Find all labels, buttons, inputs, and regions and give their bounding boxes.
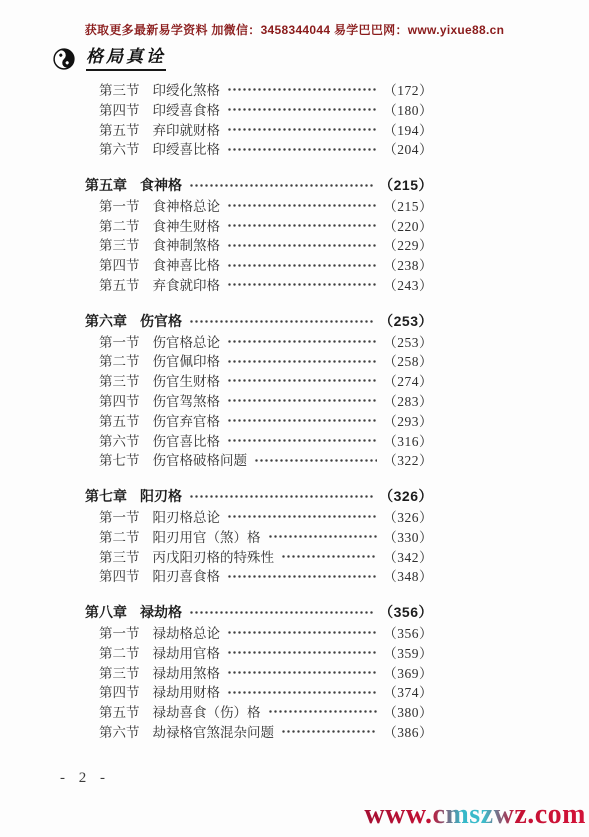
entry-page-number: （229） xyxy=(383,234,433,254)
toc-entry: 第三节 食神制煞格 （229） xyxy=(85,235,433,255)
toc-entry: 第五节 伤官弃官格 （293） xyxy=(85,410,433,430)
dot-leader xyxy=(227,642,377,662)
entry-title: 禄劫喜食（伤）格 xyxy=(153,701,261,721)
toc-entry: 第四节 伤官驾煞格 （283） xyxy=(85,390,433,410)
toc-entry: 第三节 丙戊阳刃格的特殊性 （342） xyxy=(85,546,433,566)
entry-title: 食神生财格 xyxy=(153,215,221,235)
entry-title: 禄劫用煞格 xyxy=(153,662,221,682)
entry-number: 第六章 xyxy=(85,311,127,331)
entry-page-number: （342） xyxy=(383,546,433,566)
entry-page-number: （330） xyxy=(383,526,433,546)
entry-page-number: （180） xyxy=(383,99,433,119)
toc-entry: 第四节 食神喜比格 （238） xyxy=(85,254,433,274)
entry-number: 第四节 xyxy=(99,254,140,274)
yin-yang-icon xyxy=(49,44,80,75)
dot-leader xyxy=(227,506,377,526)
entry-number: 第八章 xyxy=(85,602,127,622)
dot-leader xyxy=(189,486,373,506)
dot-leader xyxy=(189,311,373,331)
entry-title: 弃食就印格 xyxy=(153,274,221,294)
entry-number: 第二节 xyxy=(99,526,140,546)
entry-page-number: （253） xyxy=(383,331,433,351)
entry-number: 第二节 xyxy=(99,215,140,235)
entry-title: 劫禄格官煞混杂问题 xyxy=(153,721,275,741)
entry-title: 伤官驾煞格 xyxy=(153,390,221,410)
watermark-url: www.cmszwz.com xyxy=(364,799,586,831)
scanned-book-page: 获取更多最新易学资料 加微信：3458344044 易学巴巴网：www.yixu… xyxy=(0,0,589,837)
toc-entry: 第五节 弃印就财格 （194） xyxy=(85,119,433,139)
entry-title: 禄劫格 xyxy=(140,602,182,622)
entry-title: 印绶化煞格 xyxy=(153,79,221,99)
entry-page-number: （220） xyxy=(383,215,433,235)
entry-title: 阳刃用官（煞）格 xyxy=(153,526,261,546)
entry-title: 禄劫格总论 xyxy=(153,622,221,642)
entry-number: 第一节 xyxy=(99,195,140,215)
entry-page-number: （359） xyxy=(383,642,433,662)
promo-banner-text: 获取更多最新易学资料 加微信：3458344044 易学巴巴网：www.yixu… xyxy=(0,21,589,38)
toc-entry: 第一节 食神格总论 （215） xyxy=(85,195,433,215)
entry-number: 第五节 xyxy=(99,274,140,294)
entry-number: 第五节 xyxy=(99,119,140,139)
entry-title: 伤官格 xyxy=(140,311,182,331)
toc-entry: 第一节 禄劫格总论 （356） xyxy=(85,622,433,642)
entry-title: 伤官生财格 xyxy=(153,370,221,390)
entry-number: 第三节 xyxy=(99,79,140,99)
entry-title: 伤官弃官格 xyxy=(153,410,221,430)
entry-number: 第六节 xyxy=(99,138,140,158)
entry-title: 丙戊阳刃格的特殊性 xyxy=(153,546,275,566)
entry-page-number: （374） xyxy=(383,681,433,701)
toc-list: 第三节 印绶化煞格 （172） 第四节 印绶喜食格 （180） 第五节 弃印就财… xyxy=(85,79,433,741)
toc-entry: 第二节 伤官佩印格 （258） xyxy=(85,351,433,371)
entry-page-number: （348） xyxy=(383,565,433,585)
entry-page-number: （243） xyxy=(383,274,433,294)
entry-number: 第一节 xyxy=(99,622,140,642)
dot-leader xyxy=(227,119,377,139)
toc-entry: 第一节 阳刃格总论 （326） xyxy=(85,506,433,526)
entry-page-number: （194） xyxy=(383,119,433,139)
entry-page-number: （293） xyxy=(383,410,433,430)
entry-number: 第七章 xyxy=(85,486,127,506)
entry-page-number: （356） xyxy=(379,602,433,622)
entry-number: 第三节 xyxy=(99,546,140,566)
dot-leader xyxy=(227,274,377,294)
toc-entry: 第五章 食神格 （215） xyxy=(85,175,433,195)
entry-title: 食神制煞格 xyxy=(153,234,221,254)
toc-entry: 第六节 劫禄格官煞混杂问题 （386） xyxy=(85,721,433,741)
dot-leader xyxy=(268,701,378,721)
toc-entry: 第二节 阳刃用官（煞）格 （330） xyxy=(85,526,433,546)
dot-leader xyxy=(227,662,377,682)
entry-number: 第四节 xyxy=(99,99,140,119)
entry-page-number: （386） xyxy=(383,721,433,741)
entry-title: 食神格总论 xyxy=(153,195,221,215)
entry-page-number: （274） xyxy=(383,370,433,390)
dot-leader xyxy=(227,195,377,215)
book-title: 格局真诠 xyxy=(86,47,166,71)
entry-number: 第五章 xyxy=(85,175,127,195)
entry-page-number: （326） xyxy=(379,486,433,506)
dot-leader xyxy=(189,602,373,622)
dot-leader xyxy=(281,721,377,741)
entry-number: 第七节 xyxy=(99,449,140,469)
entry-page-number: （369） xyxy=(383,662,433,682)
entry-page-number: （258） xyxy=(383,350,433,370)
dot-leader xyxy=(281,546,377,566)
entry-number: 第四节 xyxy=(99,681,140,701)
toc-entry: 第七章 阳刃格 （326） xyxy=(85,486,433,506)
toc-entry: 第二节 禄劫用官格 （359） xyxy=(85,642,433,662)
entry-title: 印绶喜比格 xyxy=(153,138,221,158)
entry-title: 食神喜比格 xyxy=(153,254,221,274)
dot-leader xyxy=(227,390,377,410)
entry-title: 伤官格破格问题 xyxy=(153,449,248,469)
toc-entry: 第五节 弃食就印格 （243） xyxy=(85,274,433,294)
entry-title: 阳刃格 xyxy=(140,486,182,506)
dot-leader xyxy=(227,622,377,642)
entry-title: 印绶喜食格 xyxy=(153,99,221,119)
dot-leader xyxy=(268,526,378,546)
toc-entry: 第八章 禄劫格 （356） xyxy=(85,602,433,622)
dot-leader xyxy=(227,215,377,235)
entry-title: 禄劫用财格 xyxy=(153,681,221,701)
entry-title: 伤官喜比格 xyxy=(153,430,221,450)
entry-page-number: （322） xyxy=(383,449,433,469)
dot-leader xyxy=(227,430,377,450)
dot-leader xyxy=(227,138,377,158)
entry-page-number: （326） xyxy=(383,506,433,526)
entry-number: 第四节 xyxy=(99,390,140,410)
entry-page-number: （172） xyxy=(383,79,433,99)
entry-title: 弃印就财格 xyxy=(153,119,221,139)
entry-number: 第三节 xyxy=(99,662,140,682)
entry-number: 第五节 xyxy=(99,701,140,721)
toc-entry: 第一节 伤官格总论 （253） xyxy=(85,331,433,351)
dot-leader xyxy=(227,682,377,702)
entry-title: 食神格 xyxy=(140,175,182,195)
entry-title: 阳刃格总论 xyxy=(153,506,221,526)
dot-leader xyxy=(227,331,377,351)
toc-entry: 第三节 伤官生财格 （274） xyxy=(85,370,433,390)
entry-page-number: （283） xyxy=(383,390,433,410)
dot-leader xyxy=(227,370,377,390)
toc-entry: 第五节 禄劫喜食（伤）格 （380） xyxy=(85,701,433,721)
toc-entry: 第二节 食神生财格 （220） xyxy=(85,215,433,235)
entry-page-number: （238） xyxy=(383,254,433,274)
entry-page-number: （380） xyxy=(383,701,433,721)
toc-entry: 第四节 禄劫用财格 （374） xyxy=(85,682,433,702)
toc-entry: 第三节 禄劫用煞格 （369） xyxy=(85,662,433,682)
entry-title: 伤官格总论 xyxy=(153,331,221,351)
toc-entry: 第六章 伤官格 （253） xyxy=(85,311,433,331)
page-header: 格局真诠 xyxy=(53,47,166,71)
entry-number: 第三节 xyxy=(99,234,140,254)
toc-entry: 第六节 印绶喜比格 （204） xyxy=(85,138,433,158)
dot-leader xyxy=(227,566,377,586)
dot-leader xyxy=(227,410,377,430)
toc-entry: 第四节 阳刃喜食格 （348） xyxy=(85,566,433,586)
entry-title: 禄劫用官格 xyxy=(153,642,221,662)
toc-entry: 第六节 伤官喜比格 （316） xyxy=(85,430,433,450)
toc-entry: 第三节 印绶化煞格 （172） xyxy=(85,79,433,99)
dot-leader xyxy=(227,79,377,99)
dot-leader xyxy=(227,99,377,119)
entry-number: 第一节 xyxy=(99,506,140,526)
entry-number: 第五节 xyxy=(99,410,140,430)
entry-number: 第六节 xyxy=(99,721,140,741)
entry-number: 第六节 xyxy=(99,430,140,450)
dot-leader xyxy=(189,175,373,195)
entry-number: 第一节 xyxy=(99,331,140,351)
entry-title: 伤官佩印格 xyxy=(153,350,221,370)
entry-number: 第二节 xyxy=(99,642,140,662)
entry-page-number: （204） xyxy=(383,138,433,158)
entry-page-number: （215） xyxy=(383,195,433,215)
dot-leader xyxy=(227,254,377,274)
toc-entry: 第七节 伤官格破格问题 （322） xyxy=(85,450,433,470)
dot-leader xyxy=(227,235,377,255)
entry-number: 第三节 xyxy=(99,370,140,390)
entry-number: 第四节 xyxy=(99,565,140,585)
dot-leader xyxy=(254,450,377,470)
entry-number: 第二节 xyxy=(99,350,140,370)
entry-title: 阳刃喜食格 xyxy=(153,565,221,585)
dot-leader xyxy=(227,351,377,371)
entry-page-number: （253） xyxy=(379,311,433,331)
entry-page-number: （316） xyxy=(383,430,433,450)
toc-entry: 第四节 印绶喜食格 （180） xyxy=(85,99,433,119)
entry-page-number: （356） xyxy=(383,622,433,642)
entry-page-number: （215） xyxy=(379,175,433,195)
folio-page-number: - 2 - xyxy=(60,770,110,787)
